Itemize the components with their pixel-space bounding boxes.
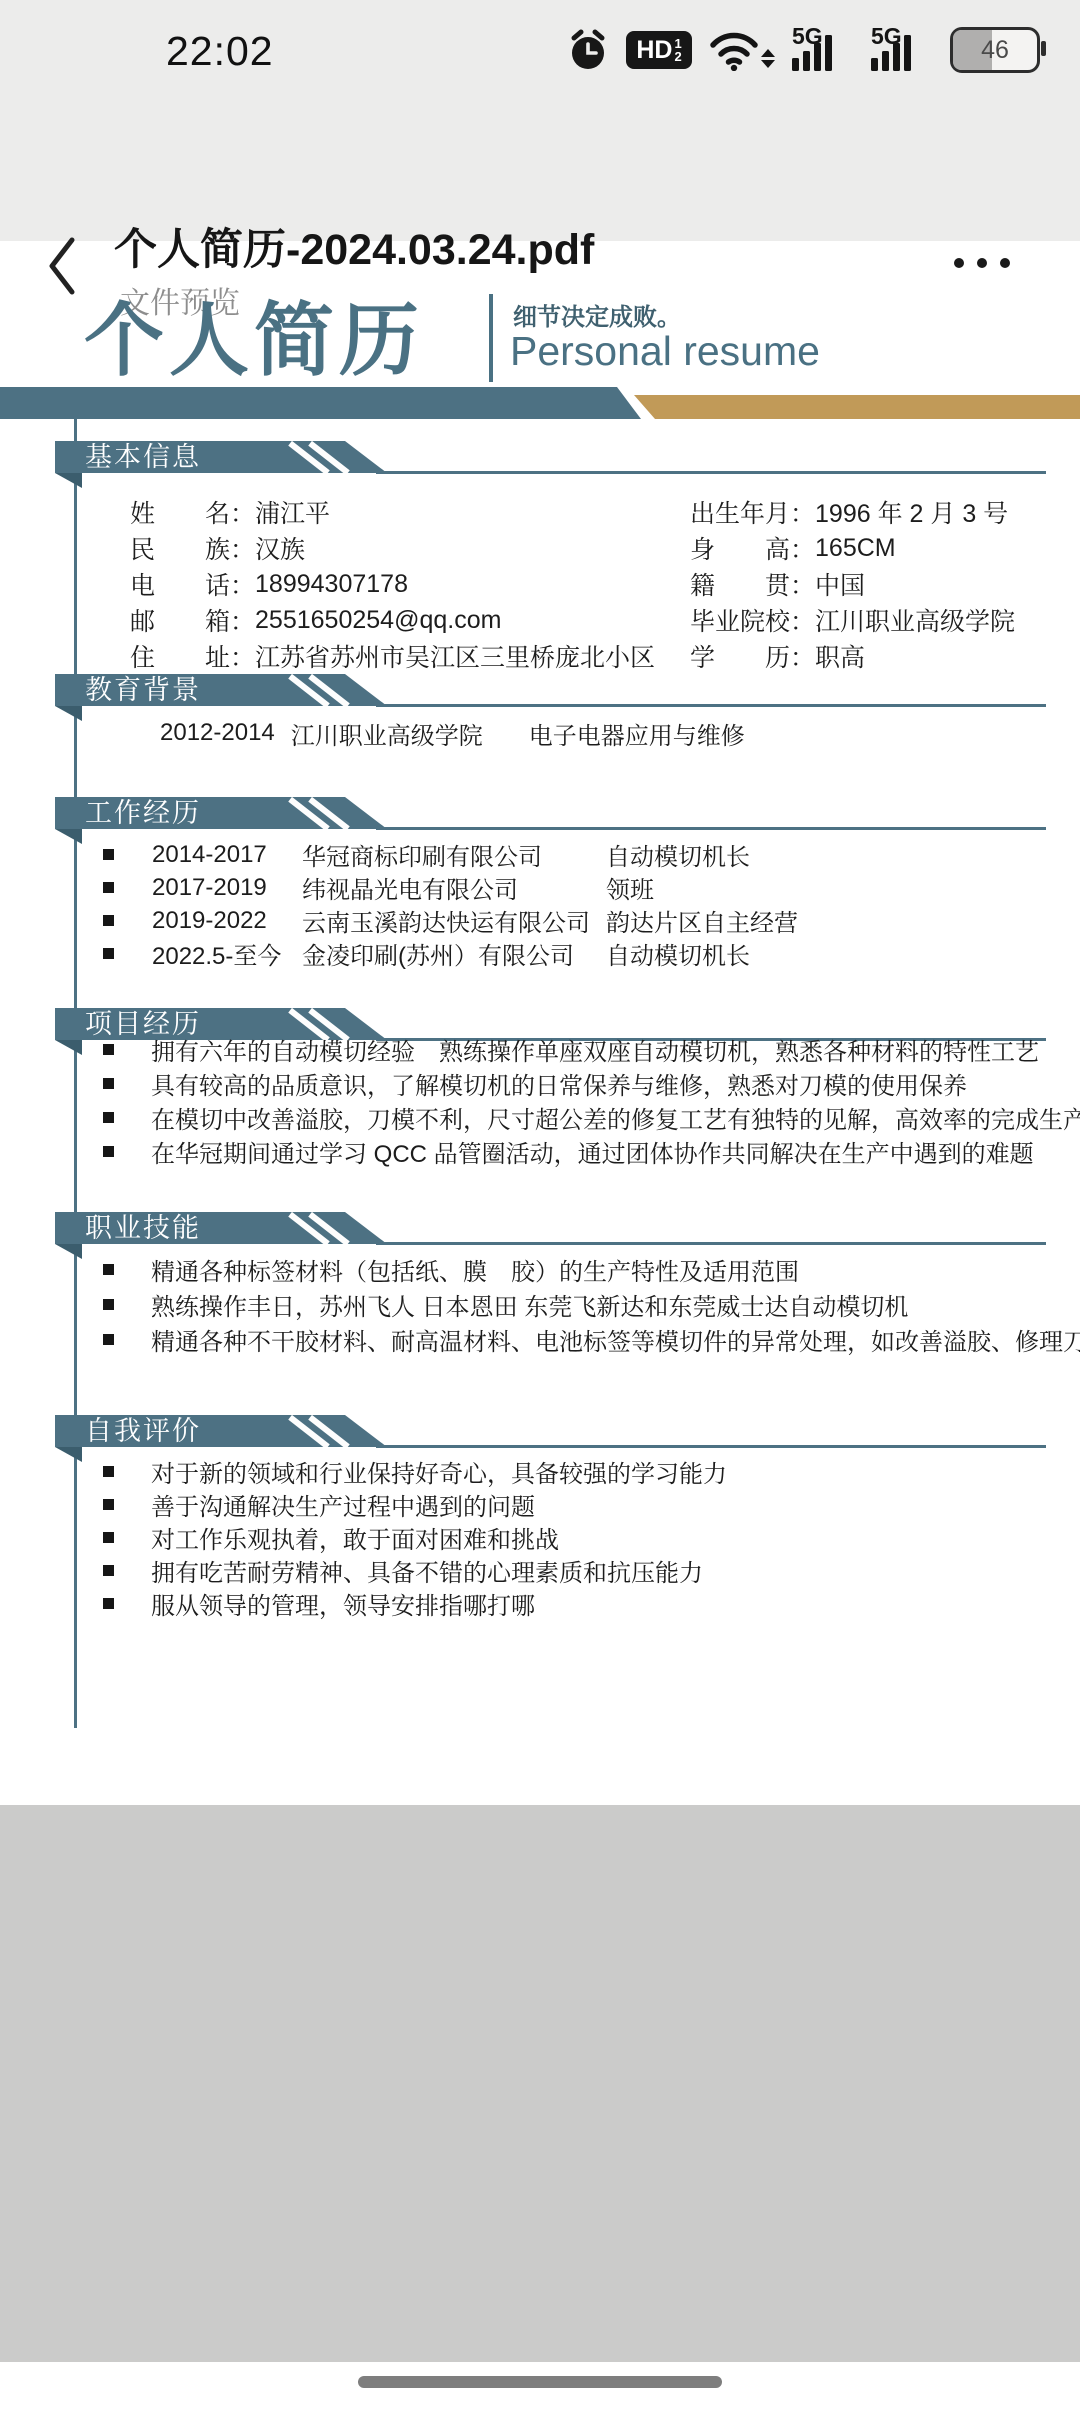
hd-sim-numbers: 1 2 (674, 37, 681, 63)
signal-5g-sim2-icon: 5G (871, 27, 933, 73)
bullet-square-icon (103, 1112, 114, 1123)
info-label: 毕业院校 (690, 602, 790, 638)
work-role: 自动模切机长 (606, 936, 750, 971)
info-row: 身 高：165CM (690, 530, 1060, 566)
section-title: 基本信息 (85, 441, 201, 473)
work-row: 2019-2022云南玉溪韵达快运有限公司韵达片区自主经营 (103, 904, 1040, 937)
section-title: 教育背景 (85, 674, 201, 706)
more-options-button[interactable] (954, 258, 1010, 268)
info-label: 邮 箱 (130, 602, 230, 638)
info-colon: ： (230, 566, 255, 602)
info-value: 职高 (815, 638, 865, 674)
home-indicator[interactable] (358, 2376, 722, 2388)
bullet-row: 在华冠期间通过学习 QCC 品管圈活动，通过团体协作共同解决在生产中遇到的难题 (103, 1134, 1040, 1168)
bullet-text: 拥有吃苦耐劳精神、具备不错的心理素质和抗压能力 (151, 1553, 703, 1588)
work-row: 2022.5-至今金凌印刷(苏州）有限公司自动模切机长 (103, 937, 1040, 970)
info-label: 电 话 (130, 566, 230, 602)
bullet-square-icon (103, 1532, 114, 1543)
document-end-background (0, 1805, 1080, 2362)
info-label: 学 历 (690, 638, 790, 674)
title-divider (489, 294, 493, 382)
download-arrow-icon (761, 60, 775, 68)
badge-fold (55, 706, 82, 721)
bullet-square-icon (103, 1598, 114, 1609)
info-label: 民 族 (130, 530, 230, 566)
bullet-text: 善于沟通解决生产过程中遇到的问题 (151, 1487, 535, 1522)
info-colon: ： (790, 602, 815, 638)
bullet-text: 熟练操作丰日，苏州飞人 日本恩田 东莞飞新达和东莞威士达自动模切机 (151, 1287, 908, 1322)
section-self-evaluation: 自我评价 对于新的领域和行业保持好奇心，具备较强的学习能力善于沟通解决生产过程中… (0, 1415, 1080, 1635)
signal-bar (803, 51, 810, 71)
battery-percent: 46 (953, 30, 1037, 70)
info-colon: ： (790, 530, 815, 566)
bullet-row: 在模切中改善溢胶，刀模不利，尺寸超公差的修复工艺有独特的见解，高效率的完成生产目… (103, 1100, 1040, 1134)
status-icons: HD 1 2 5G 5G (567, 24, 1040, 76)
bullet-square-icon (103, 1264, 114, 1275)
hd-sim2: 2 (674, 50, 681, 63)
back-button[interactable] (42, 234, 82, 298)
section-title: 工作经历 (85, 797, 201, 829)
bullet-square-icon (103, 1466, 114, 1477)
info-row: 姓 名：浦江平 (130, 494, 670, 530)
info-value: 汉族 (255, 530, 305, 566)
section-rule (376, 1445, 1046, 1448)
alarm-clock-icon (567, 28, 609, 72)
section-badge: 工作经历 (55, 797, 387, 829)
signal-bar (825, 35, 832, 71)
info-value: 2551650254@qq.com (255, 606, 501, 635)
section-education: 教育背景 2012-2014 江川职业高级学院 电子电器应用与维修 (0, 674, 1080, 797)
gold-banner-bar (634, 395, 1080, 419)
info-colon: ： (230, 638, 255, 674)
section-badge: 基本信息 (55, 441, 387, 473)
info-value: 18994307178 (255, 570, 408, 599)
info-row: 电 话：18994307178 (130, 566, 670, 602)
signal-5g-sim1-icon: 5G (792, 27, 854, 73)
phone-screen: { "status_bar": { "time": "22:02", "hd_l… (0, 0, 1080, 2412)
info-value: 1996 年 2 月 3 号 (815, 494, 1008, 530)
info-value: 江苏省苏州市吴江区三里桥庞北小区 (255, 638, 655, 674)
bullet-row: 熟练操作丰日，苏州飞人 日本恩田 东莞飞新达和东莞威士达自动模切机 (103, 1287, 1040, 1322)
work-row: 2014-2017华冠商标印刷有限公司自动模切机长 (103, 838, 1040, 871)
hd-label: HD (636, 38, 672, 63)
bullet-text: 在华冠期间通过学习 QCC 品管圈活动，通过团体协作共同解决在生产中遇到的难题 (151, 1134, 1034, 1169)
info-row: 邮 箱：2551650254@qq.com (130, 602, 670, 638)
section-basic-info: 基本信息 姓 名：浦江平民 族：汉族电 话：18994307178邮 箱：255… (0, 441, 1080, 674)
skill-items: 精通各种标签材料（包括纸、膜 胶）的生产特性及适用范围熟练操作丰日，苏州飞人 日… (103, 1252, 1040, 1357)
work-company: 华冠商标印刷有限公司 (302, 837, 606, 872)
bullet-square-icon (103, 1146, 114, 1157)
bullet-square-icon (103, 1078, 114, 1089)
section-badge: 教育背景 (55, 674, 387, 706)
file-preview-header: 个人简历-2024.03.24.pdf 文件预览 (0, 100, 1080, 241)
signal-bars (871, 35, 911, 71)
signal-bar (882, 51, 889, 71)
basic-info-right-column: 出生年月：1996 年 2 月 3 号身 高：165CM籍 贯：中国毕业院校：江… (690, 494, 1060, 674)
signal-bar (814, 43, 821, 71)
info-colon: ： (790, 566, 815, 602)
education-period: 2012-2014 (160, 719, 275, 747)
section-projects: 项目经历 拥有六年的自动模切经验 熟练操作单座双座自动模切机，熟悉各种材料的特性… (0, 1008, 1080, 1212)
info-colon: ： (790, 494, 815, 530)
section-work-experience: 工作经历 2014-2017华冠商标印刷有限公司自动模切机长2017-2019纬… (0, 797, 1080, 1008)
bullet-row: 拥有吃苦耐劳精神、具备不错的心理素质和抗压能力 (103, 1554, 1040, 1587)
resume-subtitle-en: Personal resume (510, 328, 820, 375)
battery-nub (1041, 41, 1046, 56)
info-label: 身 高 (690, 530, 790, 566)
wifi-arcs (709, 29, 759, 71)
dot (977, 258, 987, 268)
section-rule (376, 704, 1046, 707)
bullet-square-icon (103, 1299, 114, 1310)
bullet-row: 精通各种不干胶材料、耐高温材料、电池标签等模切件的异常处理，如改善溢胶、修理刀模… (103, 1322, 1040, 1357)
section-badge: 职业技能 (55, 1212, 387, 1244)
basic-info-left-column: 姓 名：浦江平民 族：汉族电 话：18994307178邮 箱：25516502… (130, 494, 670, 674)
upload-arrow-icon (761, 49, 775, 57)
work-company: 纬视晶光电有限公司 (302, 870, 606, 905)
info-row: 住 址：江苏省苏州市吴江区三里桥庞北小区 (130, 638, 670, 674)
section-rule (376, 471, 1046, 474)
badge-fold (55, 1447, 82, 1462)
info-value: 165CM (815, 534, 896, 563)
bullet-text: 精通各种不干胶材料、耐高温材料、电池标签等模切件的异常处理，如改善溢胶、修理刀模… (151, 1322, 1080, 1357)
info-row: 学 历：职高 (690, 638, 1060, 674)
bullet-square-icon (103, 1565, 114, 1576)
bullet-row: 具有较高的品质意识，了解模切机的日常保养与维修，熟悉对刀模的使用保养 (103, 1066, 1040, 1100)
dot (1000, 258, 1010, 268)
bullet-text: 对工作乐观执着，敢于面对困难和挑战 (151, 1520, 559, 1555)
bullet-row: 服从领导的管理，领导安排指哪打哪 (103, 1587, 1040, 1620)
badge-fold (55, 829, 82, 844)
bullet-square-icon (103, 1499, 114, 1510)
bullet-text: 服从领导的管理，领导安排指哪打哪 (151, 1586, 535, 1621)
education-entry: 2012-2014 江川职业高级学院 电子电器应用与维修 (160, 716, 745, 750)
work-role: 韵达片区自主经营 (606, 903, 798, 938)
info-colon: ： (230, 494, 255, 530)
section-badge: 自我评价 (55, 1415, 387, 1447)
section-title: 自我评价 (85, 1415, 201, 1447)
wifi-traffic-arrows (761, 49, 775, 68)
info-label: 出生年月 (690, 494, 790, 530)
info-row: 出生年月：1996 年 2 月 3 号 (690, 494, 1060, 530)
work-company: 云南玉溪韵达快运有限公司 (302, 903, 606, 938)
work-role: 领班 (606, 870, 654, 905)
signal-bar (904, 35, 911, 71)
bullet-row: 对于新的领域和行业保持好奇心，具备较强的学习能力 (103, 1455, 1040, 1488)
work-role: 自动模切机长 (606, 837, 750, 872)
battery-icon: 46 (950, 27, 1040, 73)
bullet-square-icon (103, 1334, 114, 1345)
bullet-square-icon (103, 849, 114, 860)
education-school: 江川职业高级学院 (291, 716, 483, 751)
decorative-banner (0, 386, 1080, 420)
work-items: 2014-2017华冠商标印刷有限公司自动模切机长2017-2019纬视晶光电有… (103, 838, 1040, 970)
resume-title: 个人简历 (84, 276, 424, 391)
section-rule (376, 1242, 1046, 1245)
signal-bar (893, 43, 900, 71)
work-period: 2014-2017 (152, 841, 302, 869)
hd-volte-icon: HD 1 2 (626, 31, 692, 69)
signal-bars (792, 35, 832, 71)
info-colon: ： (230, 530, 255, 566)
bullet-text: 拥有六年的自动模切经验 熟练操作单座双座自动模切机，熟悉各种材料的特性工艺 (151, 1032, 1039, 1067)
info-colon: ： (230, 602, 255, 638)
wifi-icon (709, 29, 775, 71)
section-skills: 职业技能 精通各种标签材料（包括纸、膜 胶）的生产特性及适用范围熟练操作丰日，苏… (0, 1212, 1080, 1415)
section-rule (376, 827, 1046, 830)
bullet-row: 精通各种标签材料（包括纸、膜 胶）的生产特性及适用范围 (103, 1252, 1040, 1287)
bullet-row: 对工作乐观执着，敢于面对困难和挑战 (103, 1521, 1040, 1554)
badge-fold (55, 1040, 82, 1055)
bullet-row: 拥有六年的自动模切经验 熟练操作单座双座自动模切机，熟悉各种材料的特性工艺 (103, 1032, 1040, 1066)
project-items: 拥有六年的自动模切经验 熟练操作单座双座自动模切机，熟悉各种材料的特性工艺具有较… (103, 1032, 1040, 1168)
info-colon: ： (790, 638, 815, 674)
work-company: 金凌印刷(苏州）有限公司 (302, 936, 606, 971)
info-row: 毕业院校：江川职业高级学院 (690, 602, 1060, 638)
badge-fold (55, 473, 82, 488)
education-major: 电子电器应用与维修 (529, 716, 745, 751)
bullet-square-icon (103, 1044, 114, 1055)
bullet-square-icon (103, 915, 114, 926)
info-value: 浦江平 (255, 494, 330, 530)
section-title: 职业技能 (85, 1212, 201, 1244)
dot (954, 258, 964, 268)
work-period: 2017-2019 (152, 874, 302, 902)
signal-bar (871, 58, 878, 71)
badge-fold (55, 1244, 82, 1259)
teal-banner-bar (0, 387, 641, 419)
signal-bar (792, 58, 799, 71)
resume-tagline: 细节决定成败。 (513, 297, 681, 332)
bullet-text: 精通各种标签材料（包括纸、膜 胶）的生产特性及适用范围 (151, 1252, 799, 1287)
file-name-title: 个人简历-2024.03.24.pdf (114, 216, 594, 277)
work-period: 2022.5-至今 (152, 936, 302, 971)
work-period: 2019-2022 (152, 907, 302, 935)
work-row: 2017-2019纬视晶光电有限公司领班 (103, 871, 1040, 904)
self-evaluation-items: 对于新的领域和行业保持好奇心，具备较强的学习能力善于沟通解决生产过程中遇到的问题… (103, 1455, 1040, 1620)
info-label: 籍 贯 (690, 566, 790, 602)
info-label: 住 址 (130, 638, 230, 674)
bullet-text: 具有较高的品质意识，了解模切机的日常保养与维修，熟悉对刀模的使用保养 (151, 1066, 967, 1101)
status-time: 22:02 (166, 28, 274, 75)
info-row: 民 族：汉族 (130, 530, 670, 566)
info-value: 中国 (815, 566, 865, 602)
bullet-square-icon (103, 882, 114, 893)
info-value: 江川职业高级学院 (815, 602, 1015, 638)
bullet-square-icon (103, 948, 114, 959)
info-label: 姓 名 (130, 494, 230, 530)
bullet-text: 对于新的领域和行业保持好奇心，具备较强的学习能力 (151, 1454, 727, 1489)
info-row: 籍 贯：中国 (690, 566, 1060, 602)
bullet-text: 在模切中改善溢胶，刀模不利，尺寸超公差的修复工艺有独特的见解，高效率的完成生产目… (151, 1100, 1080, 1135)
bullet-row: 善于沟通解决生产过程中遇到的问题 (103, 1488, 1040, 1521)
